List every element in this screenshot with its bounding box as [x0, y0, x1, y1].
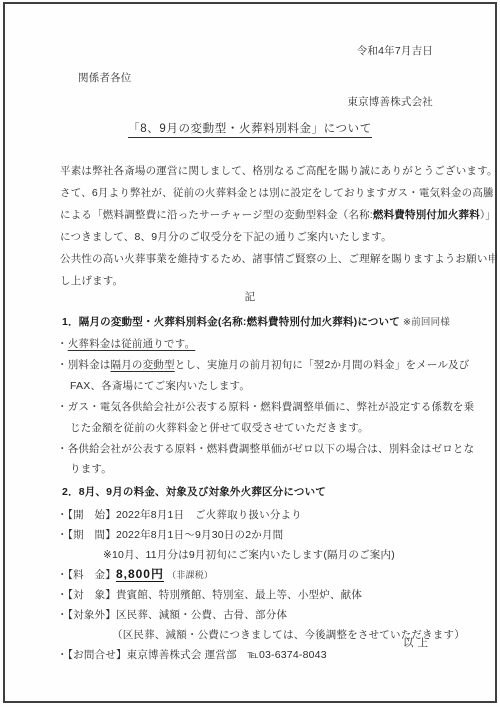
- section2-period: ・【期 間】2022年8月1日～9月30日の2か月間: [57, 528, 283, 542]
- section1-bullet-2-cont: FAX、各斎場にてご案内いたします。: [70, 379, 250, 393]
- scanned-notice-page: 令和4年7月吉日 関係者各位 東京博善株式会社 「8、9月の変動型・火葬料別料金…: [0, 0, 500, 707]
- document-date: 令和4年7月吉日: [357, 44, 433, 58]
- section2-target: ・【対 象】貴賓館、特別殯館、特別室、最上等、小型炉、献体: [57, 588, 362, 602]
- closing-marker: 以上: [403, 636, 432, 650]
- document-title: 「8、9月の変動型・火葬料別料金」について: [0, 122, 500, 136]
- section1-heading-note: ※前回同様: [403, 317, 450, 328]
- sender-company: 東京博善株式会社: [347, 95, 433, 109]
- section1-bullet-3: ・ガス・電気各供給会社が公表する原料・燃料費調整単価に、弊社が設定する係数を乗: [57, 400, 474, 414]
- record-marker: 記: [0, 290, 500, 304]
- section1-bullet-4-cont: ります。: [70, 462, 112, 476]
- fee-label: ・【料 金】: [57, 569, 116, 581]
- document-title-text: 「8、9月の変動型・火葬料別料金」について: [128, 123, 372, 138]
- surcharge-fee-name: 燃料費特別付加火葬料: [373, 209, 480, 221]
- greeting-line-3-post: ）」: [480, 209, 496, 221]
- greeting-line-5: 公共性の高い火葬事業を維持するため、諸事情ご賢察の上、ご理解を賜りますようお願い…: [60, 252, 498, 266]
- bullet-2-pre: ・別料金は: [57, 359, 111, 371]
- section1-bullet-2: ・別料金は隔月の変動型とし、実施月の前月初旬に「翌2か月間の料金」をメール及び: [57, 358, 469, 372]
- greeting-line-2: さて、6月より弊社が、従前の火葬料金とは別に設定をしておりますガス・電気料金の高…: [60, 186, 494, 200]
- section1-heading-text: 1．隔月の変動型・火葬料別料金(名称:燃料費特別付加火葬料)について: [62, 316, 400, 328]
- section2-start: ・【開 始】2022年8月1日 ご火葬取り扱い分より: [57, 508, 302, 522]
- bullet-marker: ・: [57, 338, 68, 350]
- section1-bullet-4: ・各供給会社が公表する原料・燃料費調整単価がゼロ以下の場合は、別料金はゼロとな: [57, 442, 474, 456]
- section1-bullet-1: ・火葬料金は従前通りです。: [57, 337, 195, 351]
- greeting-line-1: 平素は弊社各斎場の運営に関しまして、格別なるご高配を賜り誠にありがとうございます…: [60, 164, 498, 178]
- greeting-line-3: による「燃料調整費に沿ったサーチャージ型の変動型料金（名称:燃料費特別付加火葬料…: [60, 208, 496, 222]
- bimonthly-variable-type: 隔月の変動型: [111, 359, 175, 371]
- addressee: 関係者各位: [78, 71, 132, 85]
- section2-fee: ・【料 金】8,800円 （非課税）: [57, 567, 213, 582]
- fee-amount: 8,800円: [116, 567, 164, 581]
- section2-excluded: ・【対象外】区民葬、減額・公費、古骨、部分体: [57, 608, 287, 622]
- section2-period-note: ※10月、11月分は9月初旬にご案内いたします(隔月のご案内): [103, 548, 395, 562]
- section1-heading: 1．隔月の変動型・火葬料別料金(名称:燃料費特別付加火葬料)について ※前回同様: [62, 315, 450, 330]
- fee-tax-note: （非課税）: [167, 570, 213, 580]
- greeting-line-4: につきまして、8、9月分のご収受分を下記の通りご案内いたします。: [60, 230, 392, 244]
- bullet-2-post: とし、実施月の前月初旬に「翌2か月間の料金」をメール及び: [175, 359, 470, 371]
- section2-heading: 2．8月、9月の料金、対象及び対象外火葬区分について: [62, 485, 326, 499]
- section1-bullet-3-cont: じた金額を従前の火葬料金と併せて収受させていただきます。: [70, 421, 369, 435]
- section2-contact: ・【お問合せ】東京博善株式会 運営部 ℡03-6374-8043: [57, 648, 327, 662]
- greeting-line-6: し上げます。: [60, 274, 123, 288]
- cremation-fee-unchanged: 火葬料金は従前通りです。: [68, 338, 196, 350]
- greeting-line-3-pre: による「燃料調整費に沿ったサーチャージ型の変動型料金（名称:: [60, 209, 373, 221]
